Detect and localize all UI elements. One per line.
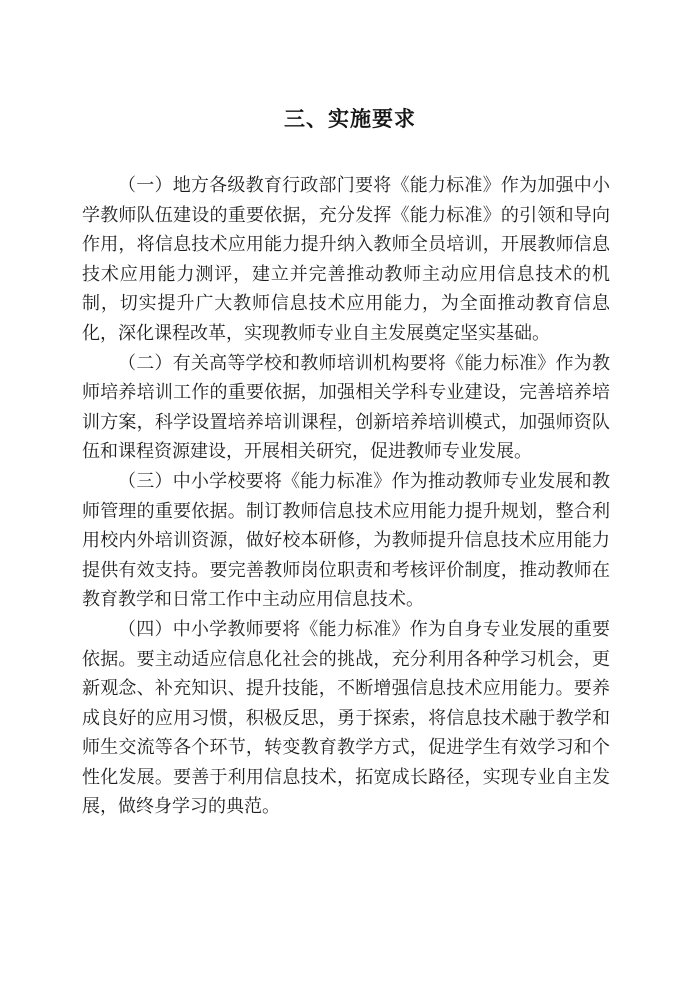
paragraph-1: （一）地方各级教育行政部门要将《能力标准》作为加强中小学教师队伍建设的重要依据，… xyxy=(82,171,610,349)
paragraph-3: （三）中小学校要将《能力标准》作为推动教师专业发展和教师管理的重要依据。制订教师… xyxy=(82,467,610,615)
paragraph-4: （四）中小学教师要将《能力标准》作为自身专业发展的重要依据。要主动适应信息化社会… xyxy=(82,615,610,822)
document-body: （一）地方各级教育行政部门要将《能力标准》作为加强中小学教师队伍建设的重要依据，… xyxy=(82,171,610,822)
document-page: 三、实施要求 （一）地方各级教育行政部门要将《能力标准》作为加强中小学教师队伍建… xyxy=(0,0,700,993)
section-title: 三、实施要求 xyxy=(0,107,700,133)
paragraph-2: （二）有关高等学校和教师培训机构要将《能力标准》作为教师培养培训工作的重要依据，… xyxy=(82,349,610,467)
